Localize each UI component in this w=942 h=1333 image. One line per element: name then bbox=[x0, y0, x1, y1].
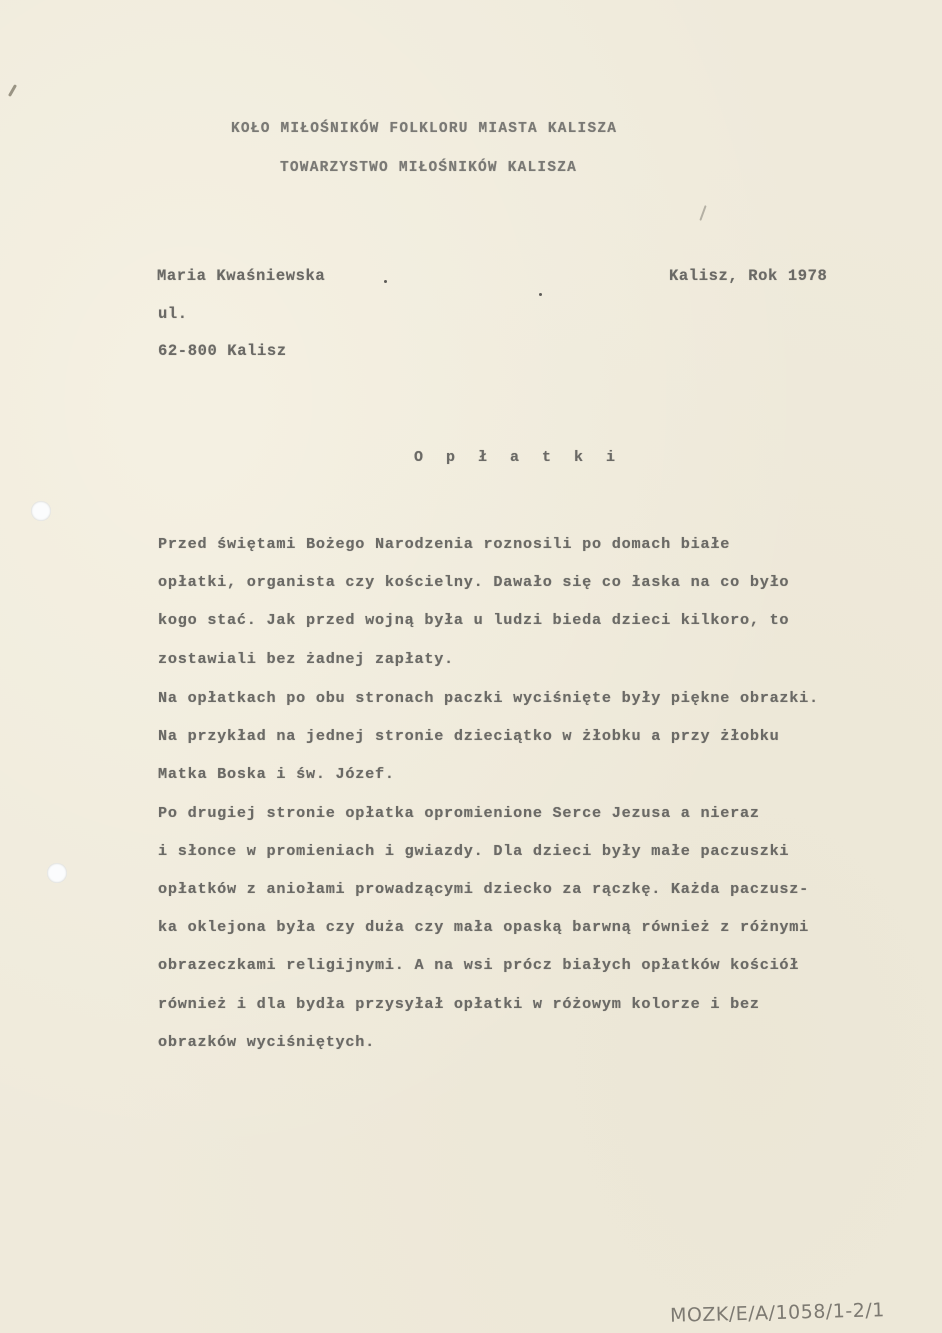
body-line: zostawiali bez żadnej zapłaty. bbox=[158, 650, 454, 668]
organization-header-line-1: KOŁO MIŁOŚNIKÓW FOLKLORU MIASTA KALISZA bbox=[231, 121, 617, 137]
organization-header-line-2: TOWARZYSTWO MIŁOŚNIKÓW KALISZA bbox=[280, 160, 577, 176]
place-and-date: Kalisz, Rok 1978 bbox=[669, 267, 827, 285]
body-line: Na przykład na jednej stronie dzieciątko… bbox=[158, 727, 779, 745]
pencil-mark bbox=[8, 84, 17, 97]
body-line: obrazków wyciśniętych. bbox=[158, 1033, 375, 1051]
body-line: również i dla bydła przysyłał opłatki w … bbox=[158, 995, 760, 1013]
ink-speck bbox=[539, 293, 542, 296]
body-line: obrazeczkami religijnymi. A na wsi prócz… bbox=[158, 956, 799, 974]
sender-name: Maria Kwaśniewska bbox=[157, 267, 325, 285]
pencil-mark bbox=[699, 205, 706, 221]
body-line: ka oklejona była czy duża czy mała opask… bbox=[158, 918, 809, 936]
punch-hole-top bbox=[31, 501, 51, 521]
archive-signature: MOZK/E/A/1058/1-2/1 bbox=[670, 1299, 885, 1327]
body-line: opłatków z aniołami prowadzącymi dziecko… bbox=[158, 880, 809, 898]
body-line: Przed świętami Bożego Narodzenia roznosi… bbox=[158, 535, 730, 553]
sender-postal-city: 62-800 Kalisz bbox=[158, 342, 287, 360]
body-line: kogo stać. Jak przed wojną była u ludzi … bbox=[158, 611, 789, 629]
document-page: KOŁO MIŁOŚNIKÓW FOLKLORU MIASTA KALISZA … bbox=[0, 0, 942, 1333]
body-line: Matka Boska i św. Józef. bbox=[158, 765, 395, 783]
body-line: Po drugiej stronie opłatka opromienione … bbox=[158, 804, 760, 822]
document-title: O p ł a t k i bbox=[414, 449, 622, 466]
body-line: Na opłatkach po obu stronach paczki wyci… bbox=[158, 689, 819, 707]
body-line: opłatki, organista czy kościelny. Dawało… bbox=[158, 573, 789, 591]
punch-hole-bottom bbox=[47, 863, 67, 883]
sender-street: ul. bbox=[158, 305, 188, 323]
ink-speck bbox=[384, 280, 387, 283]
body-line: i słonce w promieniach i gwiazdy. Dla dz… bbox=[158, 842, 789, 860]
